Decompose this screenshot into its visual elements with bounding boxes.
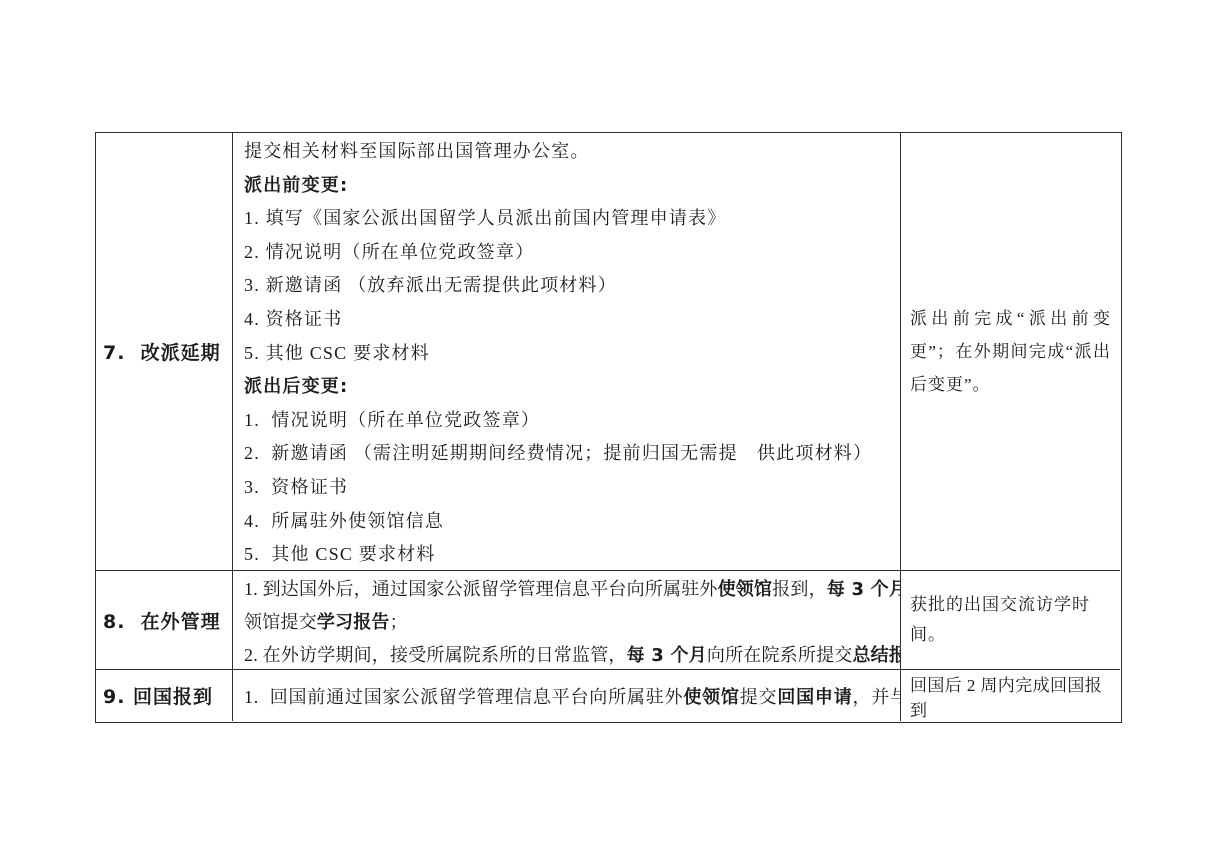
- content-line: 1. 填写《国家公派出国留学人员派出前国内管理申请表》: [244, 202, 898, 236]
- text: 1. 填写《国家公派出国留学人员派出前国内管理申请表》: [244, 208, 726, 228]
- text: 5. 其他 CSC 要求材料: [244, 544, 436, 564]
- bold-text: 回国申请: [777, 687, 852, 708]
- text: 3. 新邀请函 （放弃派出无需提供此项材料）: [244, 275, 617, 295]
- bold-text: 每 3 个月: [827, 579, 901, 600]
- row-note: 回国后 2 周内完成回国报到: [910, 671, 1111, 721]
- text: ，并与: [853, 687, 901, 707]
- document-page: 7. 改派延期提交相关材料至国际部出国管理办公室。派出前变更:1. 填写《国家公…: [0, 0, 1214, 857]
- row-note-cell: 回国后 2 周内完成回国报到: [901, 670, 1120, 721]
- text: 向所在院系所提交: [707, 645, 853, 665]
- text: ；: [390, 612, 408, 632]
- text: 5. 其他 CSC 要求材料: [244, 343, 430, 363]
- row-label-cell: 9. 回国报到: [96, 670, 233, 721]
- content-line: 4. 资格证书: [244, 303, 898, 337]
- content-line: 2. 情况说明（所在单位党政签章）: [244, 236, 898, 270]
- text: 2. 在外访学期间，接受所属院系所的日常监管，: [244, 645, 627, 665]
- content-line: 派出前变更:: [244, 169, 898, 203]
- row-note: 派出前完成“派出前变更”；在外期间完成“派出后变更”。: [910, 302, 1111, 401]
- bold-text: 使领馆: [683, 687, 739, 708]
- text: 3. 资格证书: [244, 477, 348, 497]
- row-content-cell: 提交相关材料至国际部出国管理办公室。派出前变更:1. 填写《国家公派出国留学人员…: [233, 133, 901, 571]
- bold-text: 总结报告: [852, 645, 901, 666]
- content-line: 领馆提交学习报告；: [244, 606, 898, 639]
- text: 领馆提交: [244, 612, 317, 632]
- text: 提交相关材料至国际部出国管理办公室。: [244, 141, 590, 161]
- procedures-table: 7. 改派延期提交相关材料至国际部出国管理办公室。派出前变更:1. 填写《国家公…: [95, 132, 1122, 723]
- bold-text: 派出前变更:: [244, 175, 348, 196]
- text: 提交: [740, 687, 778, 707]
- text: 报到，: [772, 579, 827, 599]
- text: 2. 新邀请函 （需注明延期期间经费情况；提前归国无需提 供此项材料）: [244, 443, 872, 463]
- row-label: 7. 改派延期: [103, 338, 221, 365]
- text: 1. 到达国外后，通过国家公派留学管理信息平台向所属驻外: [244, 579, 718, 599]
- bold-text: 学习报告: [317, 612, 390, 633]
- row-content-cell: 1. 回国前通过国家公派留学管理信息平台向所属驻外使领馆提交回国申请，并与教育: [233, 670, 901, 721]
- content-line: 派出后变更:: [244, 370, 898, 404]
- content-line: 1. 情况说明（所在单位党政签章）: [244, 404, 898, 438]
- content-line: 2. 在外访学期间，接受所属院系所的日常监管，每 3 个月向所在院系所提交总结报…: [244, 639, 898, 670]
- row-content-cell: 1. 到达国外后，通过国家公派留学管理信息平台向所属驻外使领馆报到，每 3 个月…: [233, 571, 901, 670]
- bold-text: 使领馆: [718, 579, 773, 600]
- content-line: 5. 其他 CSC 要求材料: [244, 337, 898, 371]
- text: 1. 情况说明（所在单位党政签章）: [244, 410, 540, 430]
- content-line: 1. 回国前通过国家公派留学管理信息平台向所属驻外使领馆提交回国申请，并与教育: [244, 683, 901, 709]
- content-line: 3. 新邀请函 （放弃派出无需提供此项材料）: [244, 269, 898, 303]
- row-note: 获批的出国交流访学时间。: [910, 590, 1111, 650]
- text: 2. 情况说明（所在单位党政签章）: [244, 242, 534, 262]
- text: 4. 所属驻外使领馆信息: [244, 511, 444, 531]
- row-label-cell: 7. 改派延期: [96, 133, 233, 571]
- row-label: 8. 在外管理: [103, 607, 221, 634]
- content-line: 1. 到达国外后，通过国家公派留学管理信息平台向所属驻外使领馆报到，每 3 个月…: [244, 573, 898, 606]
- row-note-cell: 派出前完成“派出前变更”；在外期间完成“派出后变更”。: [901, 133, 1120, 571]
- row-note-cell: 获批的出国交流访学时间。: [901, 571, 1120, 670]
- bold-text: 派出后变更:: [244, 376, 348, 397]
- content-line: 2. 新邀请函 （需注明延期期间经费情况；提前归国无需提 供此项材料）: [244, 437, 898, 471]
- text: 4. 资格证书: [244, 309, 342, 329]
- content-line: 提交相关材料至国际部出国管理办公室。: [244, 135, 898, 169]
- row-label-cell: 8. 在外管理: [96, 571, 233, 670]
- row-label: 9. 回国报到: [103, 682, 213, 709]
- content-line: 4. 所属驻外使领馆信息: [244, 505, 898, 539]
- content-line: 3. 资格证书: [244, 471, 898, 505]
- content-line: 5. 其他 CSC 要求材料: [244, 538, 898, 571]
- text: 1. 回国前通过国家公派留学管理信息平台向所属驻外: [244, 687, 683, 707]
- bold-text: 每 3 个月: [627, 645, 707, 666]
